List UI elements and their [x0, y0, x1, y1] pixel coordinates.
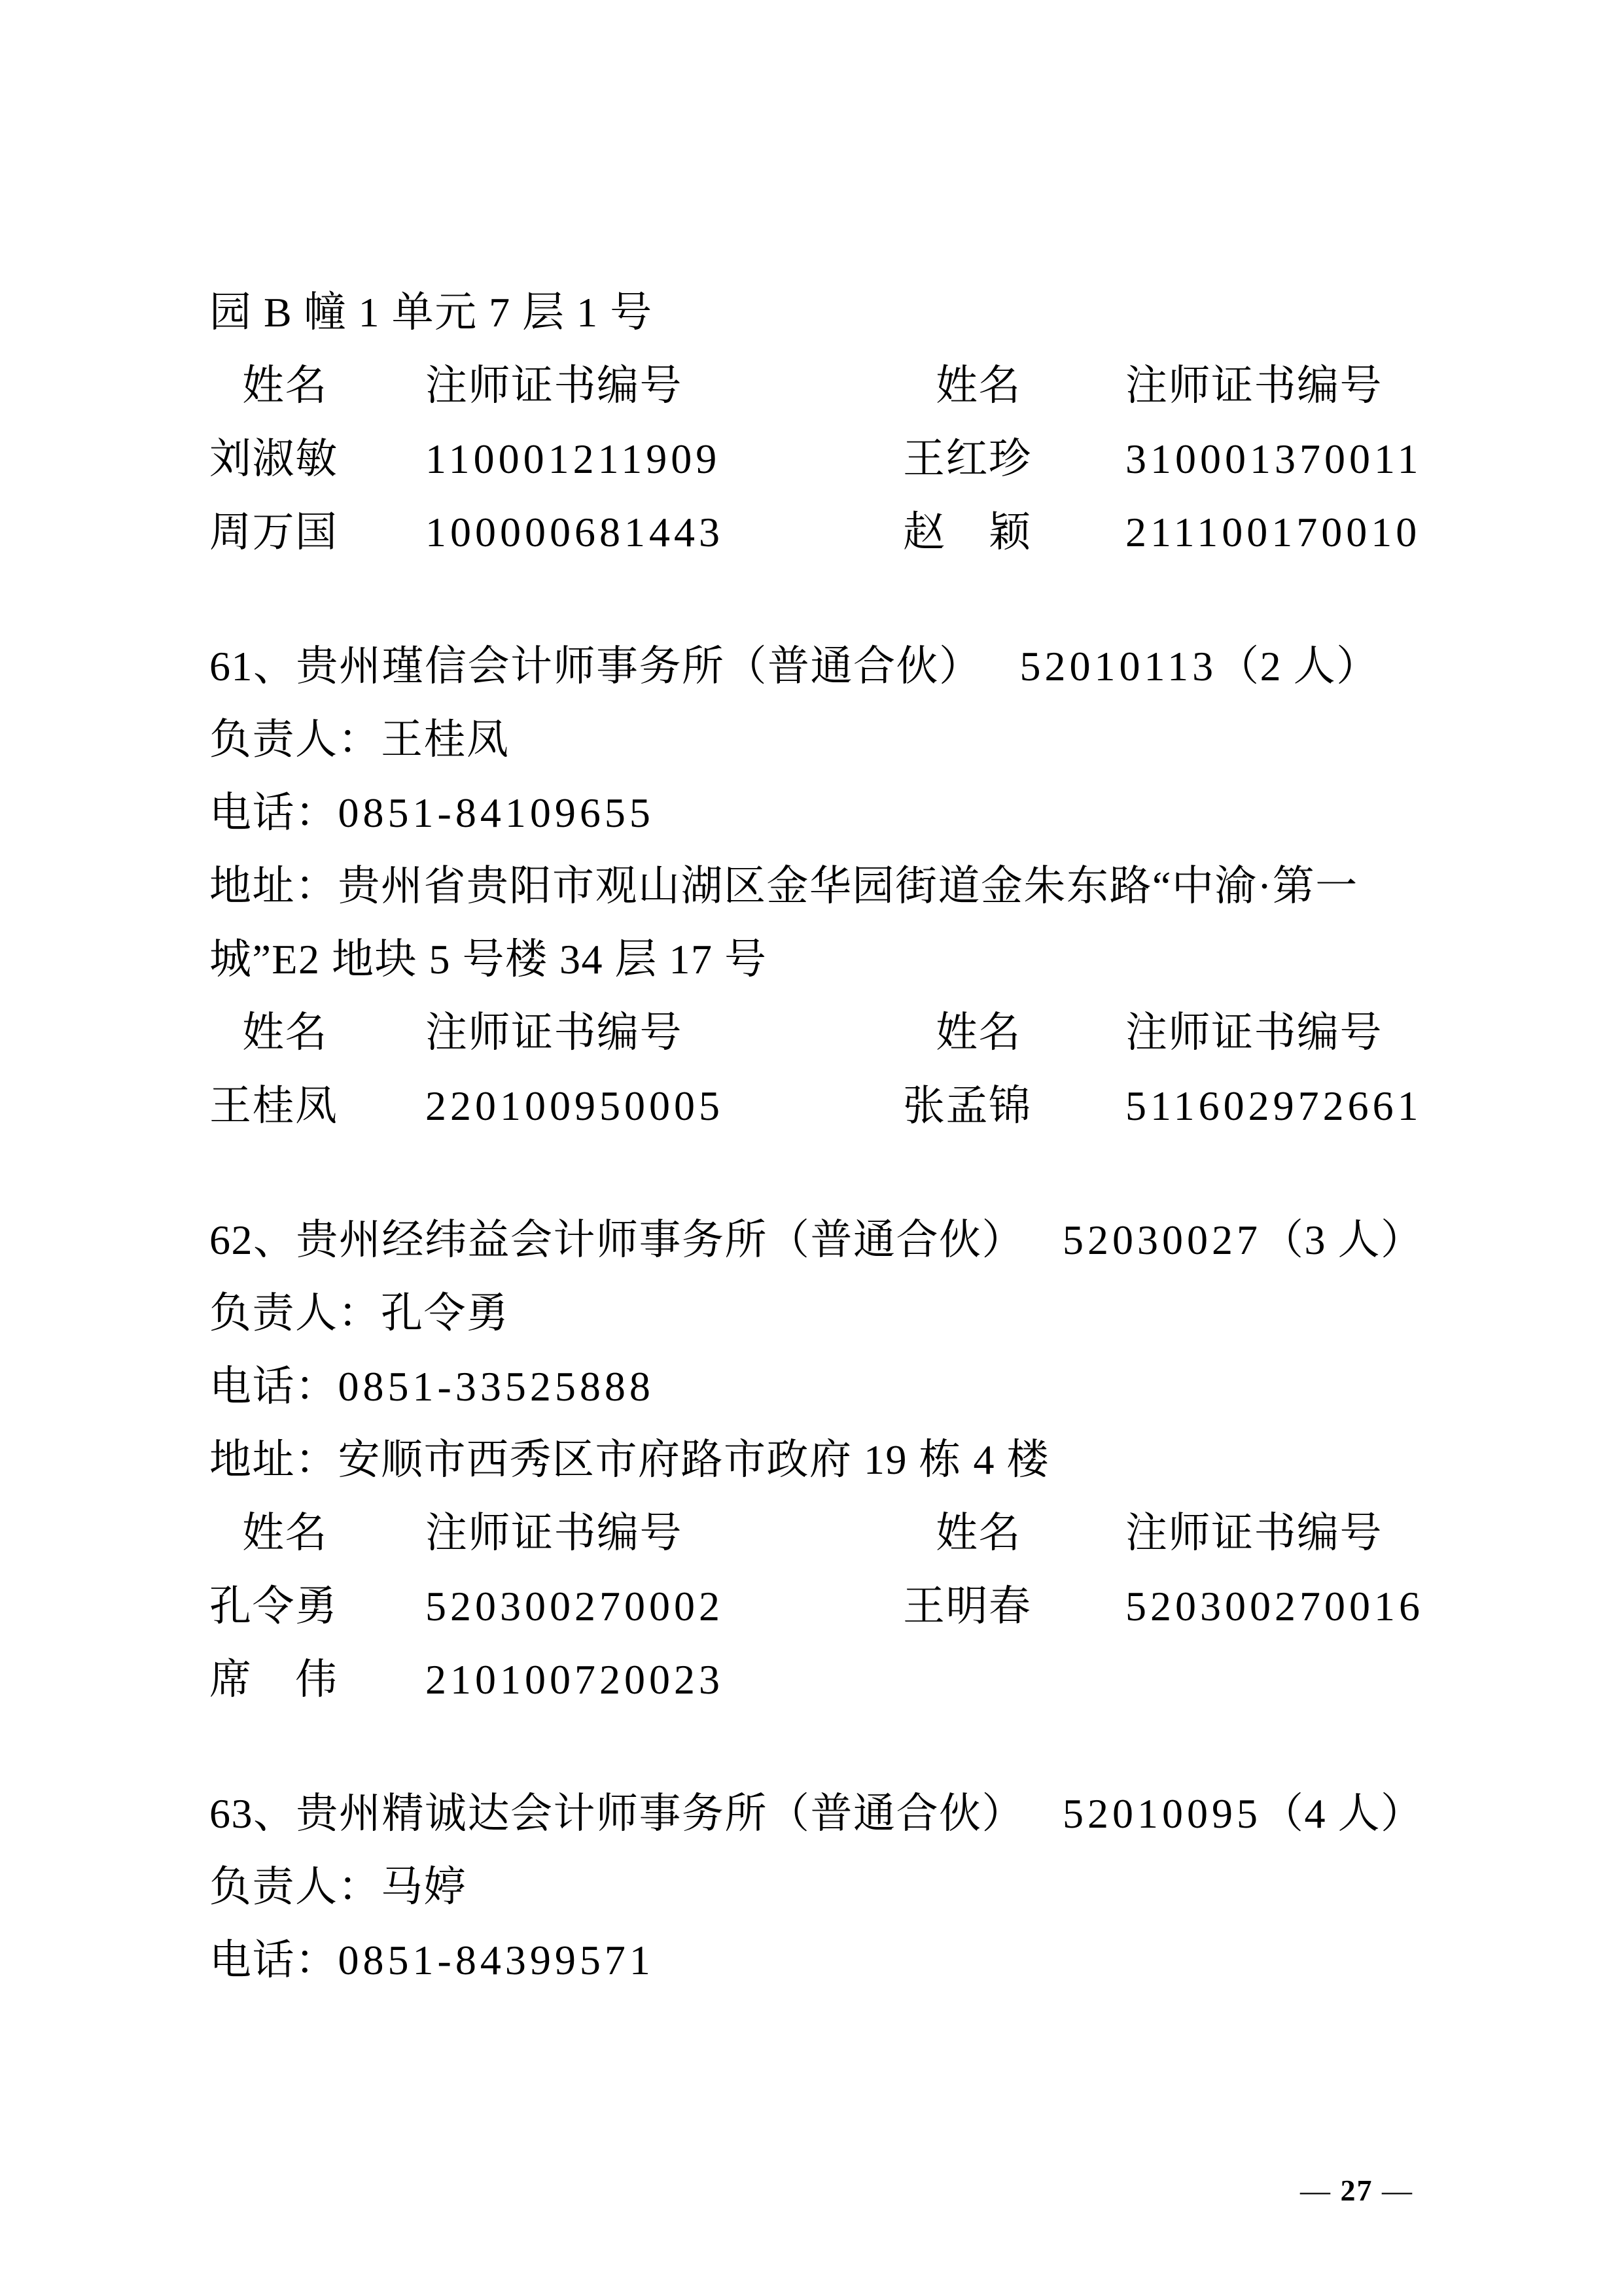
- accountant-name: 席 伟: [209, 1643, 425, 1716]
- accountant-name: 王红珍: [903, 423, 1125, 496]
- page-content: 园 B 幢 1 单元 7 层 1 号 姓名 注师证书编号 姓名 注师证书编号 刘…: [209, 0, 1413, 1997]
- cert-column-header: 注师证书编号: [1125, 349, 1413, 423]
- page-number-dash: —: [1300, 2174, 1341, 2207]
- firm-people-count: （3 人）: [1262, 1217, 1424, 1263]
- phone-label: 电话：: [209, 1937, 338, 1983]
- accountant-name: 赵 颖: [903, 496, 1125, 569]
- accountant-name: 张孟锦: [903, 1070, 1125, 1143]
- manager-name: 王桂凤: [381, 716, 510, 763]
- phone-line: 电话：0851-84109655: [209, 776, 1413, 850]
- roster-row: 周万国 100000681443 赵 颖 211100170010: [209, 496, 1413, 569]
- manager-line: 负责人：马婷: [209, 1851, 1413, 1924]
- manager-name: 马婷: [381, 1864, 467, 1910]
- phone-number: 0851-84399571: [338, 1937, 654, 1983]
- manager-line: 负责人：孔令勇: [209, 1277, 1413, 1350]
- manager-label: 负责人：: [209, 1864, 381, 1910]
- phone-line: 电话：0851-84399571: [209, 1924, 1413, 1997]
- name-column-header: 姓名: [209, 349, 425, 423]
- document-page: 园 B 幢 1 单元 7 层 1 号 姓名 注师证书编号 姓名 注师证书编号 刘…: [0, 0, 1624, 2296]
- firm-heading: 63、贵州精诚达会计师事务所（普通合伙）52010095（4 人）: [209, 1777, 1413, 1851]
- manager-label: 负责人：: [209, 716, 381, 763]
- accountant-name: 孔令勇: [209, 1570, 425, 1643]
- accountant-name: 王桂凤: [209, 1070, 425, 1143]
- phone-label: 电话：: [209, 790, 338, 836]
- firm-name: 贵州瑾信会计师事务所（普通合伙）: [296, 643, 982, 689]
- cert-number: 211100170010: [1125, 496, 1421, 569]
- cert-column-header: 注师证书编号: [425, 1497, 903, 1570]
- firm-registration-code: 52010095: [1063, 1790, 1262, 1837]
- cert-number: 511602972661: [1125, 1070, 1422, 1143]
- name-column-header: 姓名: [903, 1497, 1125, 1570]
- page-number-value: 27: [1341, 2174, 1373, 2207]
- firm-number: 62、: [209, 1217, 296, 1263]
- firm-list: 61、贵州瑾信会计师事务所（普通合伙）52010113（2 人）负责人：王桂凤电…: [209, 630, 1413, 1997]
- firm-people-count: （2 人）: [1217, 643, 1379, 689]
- accountant-name: [903, 1643, 1125, 1716]
- firm-registration-code: 52010113: [1020, 643, 1218, 689]
- address-line: 地址：安顺市西秀区市府路市政府 19 栋 4 楼: [209, 1423, 1413, 1497]
- firm-registration-code: 52030027: [1063, 1217, 1262, 1263]
- cert-number: 210100720023: [425, 1643, 903, 1716]
- roster-row: 刘淑敏 110001211909 王红珍 310001370011: [209, 423, 1413, 496]
- address-line: 城”E2 地块 5 号楼 34 层 17 号: [209, 923, 1413, 996]
- manager-name: 孔令勇: [381, 1290, 510, 1336]
- firm-number: 61、: [209, 643, 296, 689]
- cert-number: [1125, 1643, 1413, 1716]
- roster-row: 王桂凤220100950005张孟锦511602972661: [209, 1070, 1413, 1143]
- roster-header-row: 姓名注师证书编号姓名注师证书编号: [209, 996, 1413, 1070]
- page-number-dash: —: [1373, 2174, 1414, 2207]
- firm-section: 62、贵州经纬益会计师事务所（普通合伙）52030027（3 人）负责人：孔令勇…: [209, 1204, 1413, 1716]
- roster-row: 孔令勇520300270002王明春520300270016: [209, 1570, 1413, 1643]
- name-column-header: 姓名: [209, 996, 425, 1070]
- cert-number: 110001211909: [425, 423, 903, 496]
- cert-number: 220100950005: [425, 1070, 903, 1143]
- cert-number: 310001370011: [1125, 423, 1422, 496]
- firm-section: 63、贵州精诚达会计师事务所（普通合伙）52010095（4 人）负责人：马婷电…: [209, 1777, 1413, 1997]
- phone-label: 电话：: [209, 1363, 338, 1410]
- firm-number: 63、: [209, 1790, 296, 1837]
- address-continuation-line: 园 B 幢 1 单元 7 层 1 号: [209, 276, 1413, 349]
- manager-label: 负责人：: [209, 1290, 381, 1336]
- name-column-header: 姓名: [903, 349, 1125, 423]
- phone-number: 0851-84109655: [338, 790, 654, 836]
- address-line: 地址：贵州省贵阳市观山湖区金华园街道金朱东路“中渝·第一: [209, 850, 1413, 923]
- accountant-name: 周万国: [209, 496, 425, 569]
- firm-heading: 62、贵州经纬益会计师事务所（普通合伙）52030027（3 人）: [209, 1204, 1413, 1277]
- roster-row: 席 伟210100720023: [209, 1643, 1413, 1716]
- accountant-name: 王明春: [903, 1570, 1125, 1643]
- roster-header-row: 姓名 注师证书编号 姓名 注师证书编号: [209, 349, 1413, 423]
- name-column-header: 姓名: [209, 1497, 425, 1570]
- phone-line: 电话：0851-33525888: [209, 1350, 1413, 1423]
- cert-number: 520300270002: [425, 1570, 903, 1643]
- name-column-header: 姓名: [903, 996, 1125, 1070]
- cert-column-header: 注师证书编号: [1125, 1497, 1413, 1570]
- page-number: — 27 —: [1265, 2138, 1413, 2244]
- cert-number: 520300270016: [1125, 1570, 1424, 1643]
- firm-section: 61、贵州瑾信会计师事务所（普通合伙）52010113（2 人）负责人：王桂凤电…: [209, 630, 1413, 1143]
- roster-header-row: 姓名注师证书编号姓名注师证书编号: [209, 1497, 1413, 1570]
- firm-heading: 61、贵州瑾信会计师事务所（普通合伙）52010113（2 人）: [209, 630, 1413, 703]
- cert-column-header: 注师证书编号: [425, 349, 903, 423]
- firm-people-count: （4 人）: [1262, 1790, 1424, 1837]
- cert-column-header: 注师证书编号: [425, 996, 903, 1070]
- accountant-name: 刘淑敏: [209, 423, 425, 496]
- firm-name: 贵州经纬益会计师事务所（普通合伙）: [296, 1217, 1025, 1263]
- manager-line: 负责人：王桂凤: [209, 703, 1413, 776]
- firm-name: 贵州精诚达会计师事务所（普通合伙）: [296, 1790, 1025, 1837]
- cert-number: 100000681443: [425, 496, 903, 569]
- phone-number: 0851-33525888: [338, 1363, 654, 1410]
- cert-column-header: 注师证书编号: [1125, 996, 1413, 1070]
